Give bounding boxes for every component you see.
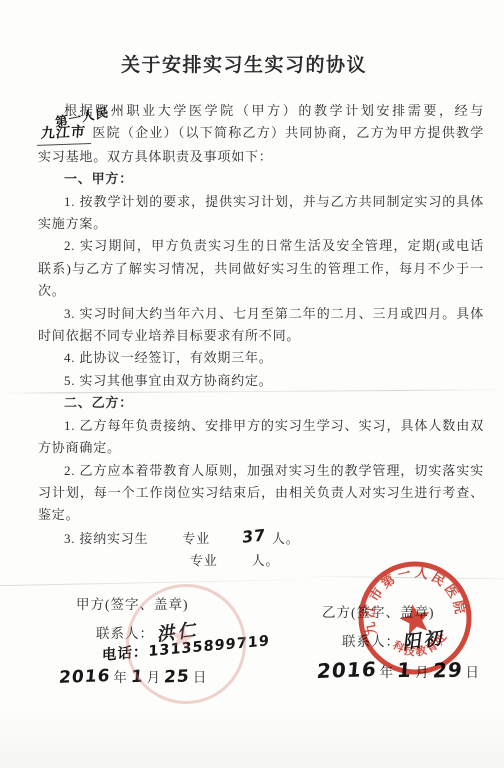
document-body: 根据鄂州职业大学医学院（甲方）的教学计划安排需要，经与九江市第一人民医院（企业）… <box>38 100 484 573</box>
party-a-year-handwritten: 2016 <box>58 666 111 688</box>
intro-text-before: 根据鄂州职业大学医学院（甲方）的教学计划安排需要，经与 <box>64 103 484 118</box>
party-a-item-2: 2. 实习期间，甲方负责实习生的日常生活及安全管理，定期(或电话联系)与乙方了解… <box>38 235 484 302</box>
handwritten-hospital-name: 九江市第一人民 <box>37 121 93 146</box>
year-unit: 年 <box>113 670 128 685</box>
seal-department-arc: 科技教育处 <box>387 626 453 664</box>
party-b-red-seal: 九江市第一人民医院 科技教育处 <box>344 547 486 689</box>
major-label-2: 专业 <box>190 553 218 568</box>
page-title: 关于安排实习生实习的协议 <box>0 50 488 77</box>
party-a-item-4: 4. 此协议一经签订，有效期三年。 <box>38 347 484 369</box>
party-a-item-1: 1. 按教学计划的要求，提供实习计划，并与乙方共同制定实习的具体实施方案。 <box>38 191 484 236</box>
section-heading-party-a: 一、甲方： <box>38 168 484 190</box>
intro-text-after: 医院（企业）（以下简称乙方）共同协商，乙方为甲方提供教学实习基地。双方具体职责及… <box>38 125 484 163</box>
scanned-agreement-page: 关于安排实习生实习的协议 根据鄂州职业大学医学院（甲方）的教学计划安排需要，经与… <box>0 0 504 768</box>
paper-crease <box>0 579 320 586</box>
major-label-1: 专业 <box>182 531 210 546</box>
scan-noise <box>0 708 504 768</box>
section-heading-party-b: 二、乙方： <box>38 392 484 414</box>
unit-label-2: 人。 <box>252 553 280 568</box>
faint-seal-star-icon: ★ <box>165 616 200 658</box>
party-b-item-1: 1. 乙方每年负责接纳、安排甲方的实习生学习、实习，具体人数由双方协商确定。 <box>38 415 484 460</box>
accept-interns-row-1: 3. 接纳实习生专业37人。 <box>38 527 484 550</box>
party-b-item-2: 2. 乙方应本着带教育人原则，加强对实习生的教学管理，切实落实实习计划，每一个工… <box>38 460 484 527</box>
handwritten-intern-count: 37 <box>216 524 266 552</box>
intro-paragraph: 根据鄂州职业大学医学院（甲方）的教学计划安排需要，经与九江市第一人民医院（企业）… <box>38 100 484 168</box>
party-a-item-3: 3. 实习时间大约当年六月、七月至第二年的二月、三月或四月。具体时间依据不同专业… <box>38 303 484 348</box>
seal-star-icon <box>397 601 433 636</box>
unit-label-1: 人。 <box>272 531 300 546</box>
accept-interns-label: 3. 接纳实习生 <box>64 531 148 546</box>
